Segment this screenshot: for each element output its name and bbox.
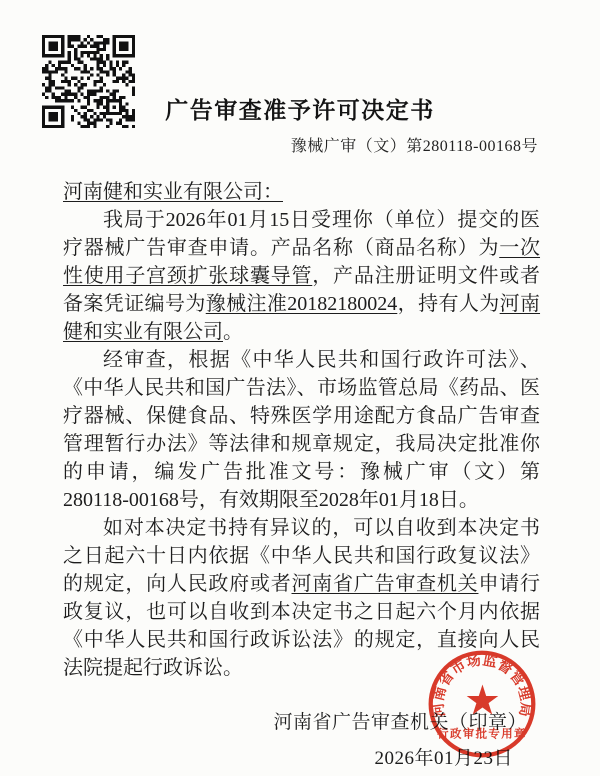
document-body: 河南健和实业有限公司：我局于2026年01月15日受理你（单位）提交的医疗器械广… bbox=[63, 178, 540, 682]
license-decision-document: 广告审查准予许可决定书 豫械广审（文）第280118-00168号 河南健和实业… bbox=[0, 0, 600, 776]
text-run: 。 bbox=[223, 321, 243, 343]
text-run: 经审查，根据《中华人民共和国行政许可法》、《中华人民共和国广告法》、市场监管总局… bbox=[63, 349, 540, 511]
seal-bottom-text: 行政审批专用章 bbox=[437, 726, 527, 740]
body-paragraph: 经审查，根据《中华人民共和国行政许可法》、《中华人民共和国广告法》、市场监管总局… bbox=[63, 346, 540, 514]
text-run: 我局于2026年01月15日受理你（单位）提交的医疗器械广告审查申请。产品名称（… bbox=[63, 209, 540, 259]
seal-star-icon bbox=[467, 685, 499, 715]
underlined-text: 河南省广告审查机关 bbox=[292, 573, 479, 595]
body-paragraph: 河南健和实业有限公司： bbox=[63, 178, 540, 206]
body-paragraph: 我局于2026年01月15日受理你（单位）提交的医疗器械广告审查申请。产品名称（… bbox=[63, 206, 540, 346]
underlined-text: 豫械注准20182180024 bbox=[206, 293, 398, 315]
document-number: 豫械广审（文）第280118-00168号 bbox=[291, 133, 538, 156]
underlined-text: 河南健和实业有限公司： bbox=[63, 181, 283, 203]
document-title: 广告审查准予许可决定书 bbox=[0, 92, 600, 125]
official-seal: 河南省市场监督管理局 行政审批专用章 bbox=[425, 647, 539, 761]
text-run: ，持有人为 bbox=[397, 293, 499, 315]
